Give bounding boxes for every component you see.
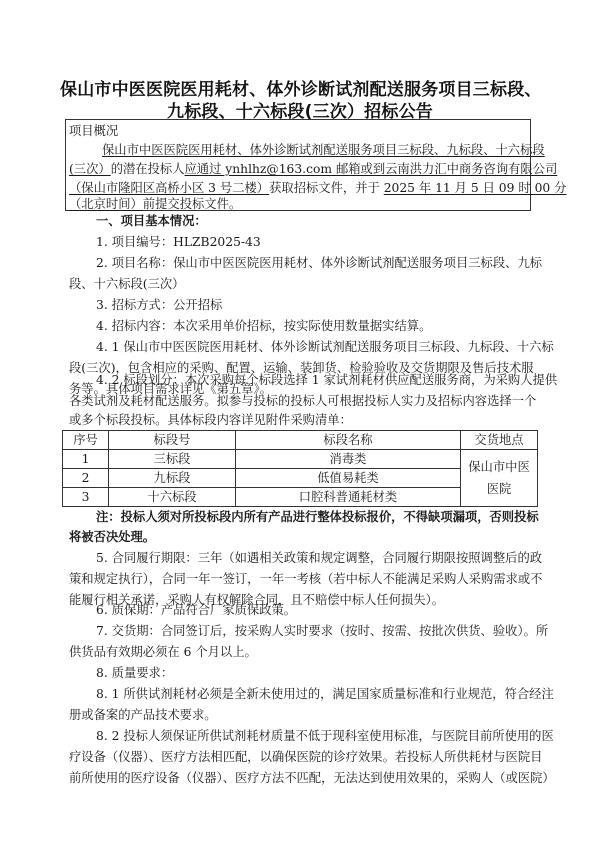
overview-address: （保山市隆阳区高桥小区 3 号二楼） — [69, 181, 269, 195]
overview-deadline: 2025 年 11 月 5 日 09 时 00 分 — [384, 181, 567, 195]
row-lot-name: 消毒类 — [236, 450, 461, 469]
table-header-row: 序号 标段号 标段名称 交货地点 — [63, 431, 538, 450]
item-8-1-line1: 8. 1 所供试剂耗材必须是全新未使用过的，满足国家质量标准和行业规范，符合经注 — [96, 684, 560, 705]
item-4-2-line2: 各类试剂及耗材配送服务。拟参与投标的投标人可根据投标人实力及招标内容选择一个 — [69, 391, 533, 412]
overview-heading: 项目概况 — [69, 123, 118, 139]
document-page: 保山市中医医院医用耗材、体外诊断试剂配送服务项目三标段、 九标段、十六标段(三次… — [0, 0, 600, 849]
overview-line4: （北京时间）前提交投标文件。 — [69, 196, 241, 212]
contract-term-line2: 策和规定执行），合同一年一签订，一年一考核（若中标人不能满足采购人采购需求或不 — [69, 569, 533, 590]
overview-line2-part-b: 的潜在投标人 — [111, 162, 185, 176]
overview-timezone: （北京时间） — [69, 197, 143, 211]
project-overview-box: 项目概况 保山市中医医院医用耗材、体外诊断试剂配送服务项目三标段、九标段、十六标… — [65, 119, 531, 211]
tender-method: 3. 招标方式：公开招标 — [96, 295, 560, 316]
row-no: 2 — [63, 469, 109, 488]
item-8-2-line2: 疗设备（仪器）、医疗方法相匹配，以确保医院的诊疗效果。若投标人所供耗材与医院目 — [69, 747, 533, 768]
row-lot-name: 口腔科普通耗材类 — [236, 488, 461, 507]
row-no: 3 — [63, 488, 109, 507]
row-lot: 十六标段 — [109, 488, 236, 507]
contract-term-line1: 5. 合同履行期限：三年（如遇相关政策和规定调整，合同履行期限按照调整后的政 — [96, 548, 560, 569]
project-number: 1. 项目编号：HLZB2025-43 — [96, 232, 560, 253]
header-delivery-place: 交货地点 — [461, 431, 538, 450]
quality-requirements: 8. 质量要求： — [96, 663, 560, 684]
item-4-2-line3: 或多个标段投标。具体标段内容详见附件采购清单： — [69, 410, 533, 431]
project-name-line1: 2. 项目名称：保山市中医医院医用耗材、体外诊断试剂配送服务项目三标段、九标 — [96, 253, 560, 274]
table-row: 1 三标段 消毒类 保山市中医 医院 — [63, 450, 538, 469]
overview-line3: （保山市隆阳区高桥小区 3 号二楼）获取招标文件，并于 2025 年 11 月 … — [69, 180, 566, 196]
header-no: 序号 — [63, 431, 109, 450]
tender-content: 4. 招标内容：本次采用单价招标，按实际使用数量据实结算。 — [96, 316, 560, 337]
delivery-place-line2: 医院 — [461, 478, 537, 500]
row-lot-name: 低值易耗类 — [236, 469, 461, 488]
delivery-place-cell: 保山市中医 医院 — [461, 450, 538, 507]
delivery-place-line1: 保山市中医 — [461, 456, 537, 478]
overview-contact-email: 应通过 ynhlhz@163.com 邮箱或到云南洪力汇中商务咨询有限公司 — [185, 162, 558, 176]
overview-line2: (三次）的潜在投标人应通过 ynhlhz@163.com 邮箱或到云南洪力汇中商… — [69, 161, 557, 177]
item-4-2-line1: 4. 2 标段划分：本次采购每个标段选择 1 家试剂耗材供应配送服务商，为采购人… — [96, 370, 560, 391]
project-name-line2: 段、十六标段(三次） — [69, 274, 533, 295]
header-lot: 标段号 — [109, 431, 236, 450]
row-no: 1 — [63, 450, 109, 469]
overview-line1: 保山市中医医院医用耗材、体外诊断试剂配送服务项目三标段、九标段、十六标段 — [102, 142, 545, 158]
delivery-period-line1: 7. 交货期：合同签订后，按采购人实时要求（按时、按需、按批次供货、验收）。所 — [96, 621, 560, 642]
item-8-2-line3: 前所使用的医疗设备（仪器）、医疗方法不匹配，无法达到使用效果的，采购人（或医院） — [69, 768, 533, 789]
overview-line2-part-a: (三次） — [69, 162, 111, 176]
warranty: 6. 质保期：产品符合厂家质保政策。 — [96, 600, 560, 621]
overview-line3-part-b: 获取招标文件，并于 — [269, 181, 384, 195]
row-lot: 九标段 — [109, 469, 236, 488]
item-4-1-line1: 4. 1 保山市中医医院医用耗材、体外诊断试剂配送服务项目三标段、九标段、十六标 — [96, 337, 560, 358]
header-lot-name: 标段名称 — [236, 431, 461, 450]
bid-note-line2: 将被否决处理。 — [69, 527, 533, 548]
delivery-period-line2: 供货品有效期必须在 6 个月以上。 — [69, 642, 533, 663]
bid-note-line1: 注：投标人须对所投标段内所有产品进行整体投标报价，不得缺项漏项，否则投标 — [96, 507, 560, 528]
lots-table: 序号 标段号 标段名称 交货地点 1 三标段 消毒类 保山市中医 医院 2 九标… — [62, 430, 538, 507]
item-8-2-line1: 8. 2 投标人须保证所供试剂耗材质量不低于现科室使用标准，与医院目前所使用的医 — [96, 726, 560, 747]
item-8-1-line2: 册或备案的产品技术要求。 — [69, 705, 533, 726]
overview-line4-part-b: 前提交投标文件。 — [143, 197, 241, 211]
row-lot: 三标段 — [109, 450, 236, 469]
section1-heading: 一、项目基本情况： — [96, 211, 560, 232]
